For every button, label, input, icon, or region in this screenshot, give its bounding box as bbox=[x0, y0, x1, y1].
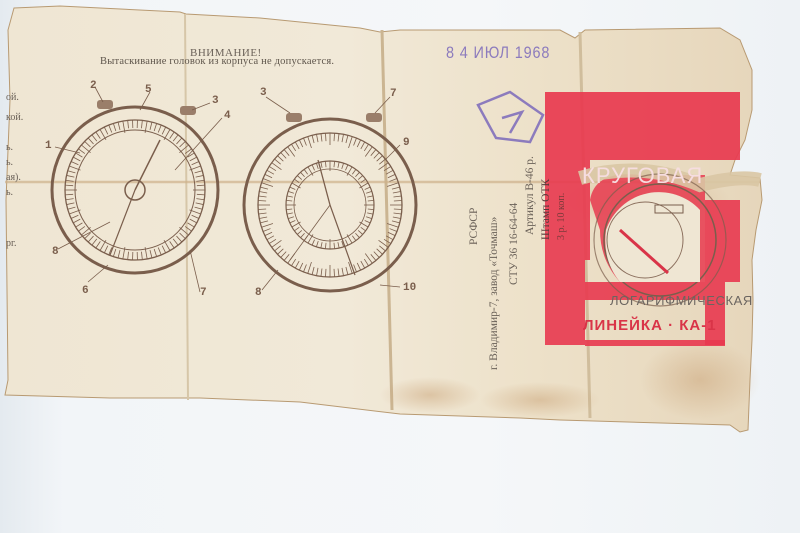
warning-text: Вытаскивание головок из корпуса не допус… bbox=[100, 56, 334, 67]
callout-label: 1 bbox=[45, 140, 52, 152]
inspection-stamp-number: 7 bbox=[500, 110, 501, 111]
callout-label: 3 bbox=[260, 87, 267, 99]
margin-text-fragment: ь. bbox=[6, 142, 13, 153]
callout-label: 10 bbox=[403, 282, 416, 294]
callout-label: 2 bbox=[90, 80, 97, 92]
margin-text-fragment: ая). bbox=[6, 172, 21, 183]
callout-label: 5 bbox=[145, 84, 152, 96]
margin-text-fragment: кой. bbox=[6, 112, 23, 123]
date-stamp: 8 4 ИЮЛ 1968 bbox=[446, 43, 550, 63]
callout-label: 7 bbox=[200, 287, 207, 299]
callout-label: 4 bbox=[224, 110, 231, 122]
scanned-leaflet: ВНИМАНИЕ! Вытаскивание головок из корпус… bbox=[0, 0, 800, 533]
manufacturer-line: Штамп ОТК bbox=[540, 179, 552, 240]
product-box-title: КРУГОВАЯ bbox=[582, 163, 703, 189]
manufacturer-line: Артикул В-46 р. bbox=[524, 156, 536, 235]
manufacturer-line: СТУ 36 16-64-64 bbox=[508, 203, 520, 285]
callout-label: 7 bbox=[390, 88, 397, 100]
callout-label: 3 bbox=[212, 95, 219, 107]
paper-sheet bbox=[0, 0, 800, 533]
margin-text-fragment: ь. bbox=[6, 157, 13, 168]
callout-label: 8 bbox=[52, 246, 59, 258]
manufacturer-line: РСФСР bbox=[468, 208, 480, 245]
product-box-model: ЛИНЕЙКА · КА-1 bbox=[583, 317, 717, 334]
margin-text-fragment: ь. bbox=[6, 187, 13, 198]
callout-label: 6 bbox=[82, 285, 89, 297]
product-box-subtitle: ЛОГАРИФМИЧЕСКАЯ bbox=[610, 293, 753, 308]
callout-label: 8 bbox=[255, 287, 262, 299]
margin-text-fragment: ой. bbox=[6, 92, 19, 103]
price-line: 3 р. 10 коп. bbox=[556, 193, 567, 240]
margin-text-fragment: рг. bbox=[6, 238, 16, 249]
manufacturer-line: г. Владимир-7, завод «Точмаш» bbox=[488, 217, 500, 370]
callout-label: 9 bbox=[403, 137, 410, 149]
